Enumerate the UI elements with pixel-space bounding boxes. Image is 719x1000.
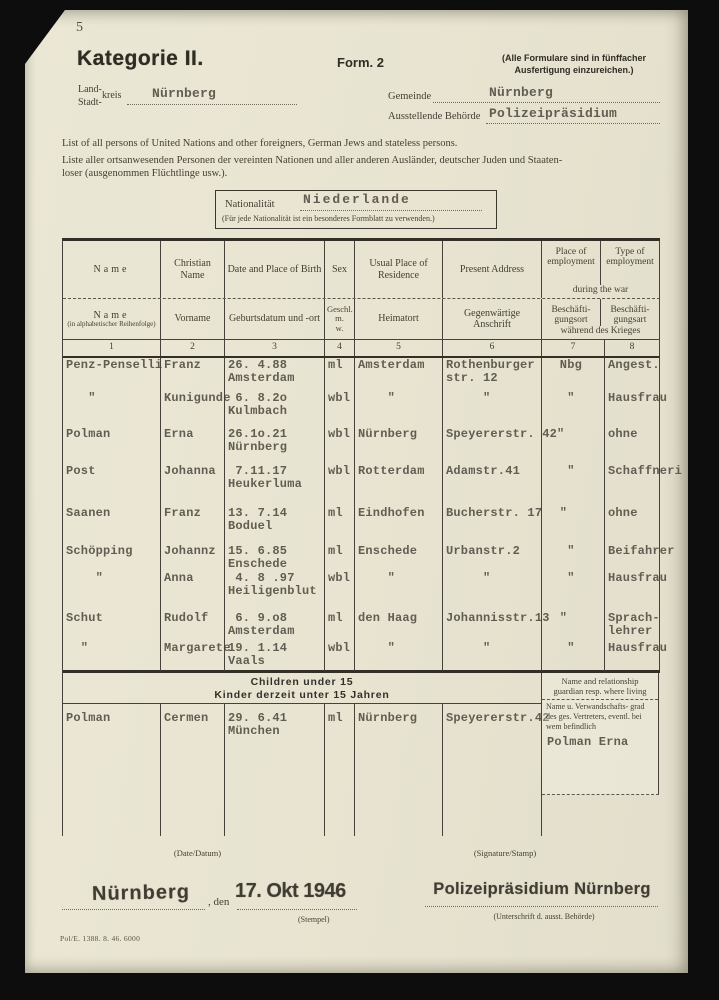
date-stamp: 17. Okt 1946: [235, 880, 346, 903]
col-header-christian-name-en: Christian Name: [160, 241, 224, 298]
cell-anschrift: Johannisstr.13: [442, 611, 541, 641]
cell-vorname: Margarete: [160, 641, 224, 670]
col-header-residence-en: Usual Place of Residence: [354, 241, 442, 298]
employment-war-note-en: during the war: [542, 285, 659, 298]
cell-employment-place: Nbg: [541, 358, 604, 391]
authority-label: Ausstellende Behörde: [388, 111, 480, 122]
cell-vorname: Erna: [160, 427, 224, 464]
cell-sex: ml: [324, 506, 354, 544]
stempel-label: (Stempel): [298, 915, 330, 924]
form-title: Kategorie II.: [77, 47, 204, 71]
cell-anschrift: Rothenburgerstr. 12: [442, 358, 541, 391]
cell-anschrift: ": [442, 391, 541, 427]
cell-name: Polman: [63, 704, 160, 836]
col-header-address-en: Present Address: [442, 241, 541, 298]
cell-employment-type: Angest.: [604, 358, 659, 391]
cell-birth: 26.1o.21Nürnberg: [224, 427, 324, 464]
table-header-english: Name Christian Name Date and Place of Bi…: [63, 241, 660, 299]
col-header-anschrift-de: Gegenwärtige Anschrift: [442, 299, 541, 339]
cell-birth: 15. 6.85Enschede: [224, 544, 324, 571]
cell-employment-type: Hausfrau: [604, 571, 659, 611]
children-section: Children under 15 Kinder derzeit unter 1…: [63, 670, 660, 836]
cell-name: Saanen: [63, 506, 160, 544]
cell-sex: ml: [324, 358, 354, 391]
date-label: (Date/Datum): [150, 848, 245, 858]
col-number: 5: [354, 340, 442, 356]
col-header-birth-de: Geburtsdatum und -ort: [224, 299, 324, 339]
cell-sex: wbl: [324, 427, 354, 464]
cell-name: Schöpping: [63, 544, 160, 571]
authority-stamp-text: Polizeipräsidium Nürnberg: [424, 880, 660, 899]
municipality-label: Gemeinde: [388, 91, 431, 102]
cell-birth: 6. 8.2oKulmbach: [224, 391, 324, 427]
intro-german-line1: Liste aller ortsanwesenden Personen der …: [62, 155, 562, 166]
col-header-employment-en: Place of employment Type of employment d…: [541, 241, 659, 298]
cell-employment-place: ": [541, 391, 604, 427]
cell-anschrift: ": [442, 571, 541, 611]
cell-name: Penz-Penselli: [63, 358, 160, 391]
intro-german-line2: loser (ausgenommen Flüchtlinge usw.).: [62, 168, 227, 179]
children-row: Polman Cermen 29. 6.41München ml Nürnber…: [63, 704, 541, 836]
page-number: 5: [76, 20, 83, 36]
col-header-employment-place-en: Place of employment: [542, 241, 600, 285]
cell-heimatort: Eindhofen: [354, 506, 442, 544]
cell-employment-place: ": [541, 641, 604, 670]
authority-value: Polizeipräsidium: [489, 106, 617, 121]
cell-birth: 29. 6.41München: [224, 704, 324, 836]
col-number: 1: [63, 340, 160, 356]
col-header-sex-de: Geschl. m. w.: [324, 299, 354, 339]
cell-sex: wbl: [324, 571, 354, 611]
cell-birth: 4. 8 .97Heiligenblut: [224, 571, 324, 611]
cell-birth: 19. 1.14Vaals: [224, 641, 324, 670]
col-header-name-en: Name: [63, 241, 160, 298]
cell-name: Post: [63, 464, 160, 506]
nationality-note: (Für jede Nationalität ist ein besondere…: [222, 214, 435, 223]
col-header-heimatort-de: Heimatort: [354, 299, 442, 339]
col-header-birth-en: Date and Place of Birth: [224, 241, 324, 298]
cell-anschrift: Speyererstr.42: [442, 704, 541, 836]
city-stamp: Nürnberg: [92, 881, 190, 906]
cell-employment-type: Sprach-lehrer: [604, 611, 659, 641]
children-left: Children under 15 Kinder derzeit unter 1…: [63, 673, 541, 836]
table-body: Penz-Penselli Franz 26. 4.88Amsterdam ml…: [63, 358, 660, 670]
cell-name: Polman: [63, 427, 160, 464]
cell-sex: ml: [324, 544, 354, 571]
unterschrift-label: (Unterschrift d. ausst. Behörde): [430, 912, 658, 921]
district-label-land: Land-: [78, 84, 102, 95]
table-row: Post Johanna 7.11.17Heukerluma wbl Rotte…: [63, 464, 659, 506]
guardian-column: Name and relationship guardian resp. whe…: [541, 673, 659, 836]
cell-anschrift: Bucherstr. 17: [442, 506, 541, 544]
signature-label: (Signature/Stamp): [455, 848, 555, 858]
col-header-employment-type-de: Beschäfti-gungsart: [600, 299, 659, 326]
cell-sex: wbl: [324, 464, 354, 506]
col-number: 2: [160, 340, 224, 356]
copies-note-line1: (Alle Formulare sind in fünffacher: [468, 52, 680, 64]
municipality-value: Nürnberg: [489, 85, 553, 100]
cell-heimatort: Nürnberg: [354, 704, 442, 836]
cell-heimatort: den Haag: [354, 611, 442, 641]
table-header-german: Name (in alphabetischer Reihenfolge) Vor…: [63, 299, 660, 340]
cell-employment-place: ": [541, 464, 604, 506]
col-header-name-de-sub: (in alphabetischer Reihenfolge): [65, 321, 158, 329]
intro-english: List of all persons of United Nations an…: [62, 138, 457, 149]
den-label: , den: [208, 896, 229, 908]
table-row: Schut Rudolf 6. 9.o8Amsterdam ml den Haa…: [63, 611, 659, 641]
cell-vorname: Cermen: [160, 704, 224, 836]
col-header-employment-de: Beschäfti-gungsort Beschäfti-gungsart wä…: [541, 299, 659, 339]
cell-birth: 26. 4.88Amsterdam: [224, 358, 324, 391]
copies-note: (Alle Formulare sind in fünffacher Ausfe…: [468, 52, 680, 76]
cell-sex: ml: [324, 704, 354, 836]
nationality-underline: [300, 210, 482, 211]
cell-vorname: Franz: [160, 358, 224, 391]
nationality-value: Niederlande: [303, 192, 411, 207]
municipality-line: [433, 102, 660, 103]
cell-vorname: Johannz: [160, 544, 224, 571]
col-header-sex-en: Sex: [324, 241, 354, 298]
children-title-de: Kinder derzeit unter 15 Jahren: [63, 689, 541, 702]
children-title-en: Children under 15: [63, 676, 541, 689]
cell-heimatort: ": [354, 391, 442, 427]
cell-vorname: Anna: [160, 571, 224, 611]
col-header-vorname-de: Vorname: [160, 299, 224, 339]
cell-employment-place: ": [541, 611, 604, 641]
cell-name: ": [63, 391, 160, 427]
cell-anschrift: ": [442, 641, 541, 670]
table-header-numbers: 1 2 3 4 5 6 7 8: [63, 340, 660, 358]
district-value: Nürnberg: [152, 86, 216, 101]
cell-name: ": [63, 641, 160, 670]
cell-employment-place: ": [541, 571, 604, 611]
cell-heimatort: Amsterdam: [354, 358, 442, 391]
cell-employment-type: Hausfrau: [604, 641, 659, 670]
district-line: [127, 104, 297, 105]
cell-employment-type: Schaffneri: [604, 464, 659, 506]
cell-employment-type: ohne: [604, 506, 659, 544]
table-row: Polman Erna 26.1o.21Nürnberg wbl Nürnber…: [63, 427, 659, 464]
nationality-label: Nationalität: [225, 199, 275, 210]
cell-sex: wbl: [324, 641, 354, 670]
district-label-kreis: kreis: [102, 90, 121, 101]
scanned-form-page: 5 Kategorie II. Form. 2 (Alle Formulare …: [0, 0, 719, 1000]
table-row: Saanen Franz 13. 7.14Boduel ml Eindhofen…: [63, 506, 659, 544]
col-number: 7: [541, 340, 604, 356]
cell-name: Schut: [63, 611, 160, 641]
col-number: 3: [224, 340, 324, 356]
date-line: [237, 909, 357, 910]
persons-table: Name Christian Name Date and Place of Bi…: [62, 238, 660, 836]
cell-birth: 7.11.17Heukerluma: [224, 464, 324, 506]
cell-anschrift: Urbanstr.2: [442, 544, 541, 571]
guardian-cell: Name and relationship guardian resp. whe…: [542, 673, 659, 795]
cell-heimatort: ": [354, 641, 442, 670]
cell-employment-type: Hausfrau: [604, 391, 659, 427]
cell-heimatort: Enschede: [354, 544, 442, 571]
cell-vorname: Johanna: [160, 464, 224, 506]
col-number: 6: [442, 340, 541, 356]
city-line: [62, 909, 205, 910]
col-header-employment-place-de: Beschäfti-gungsort: [542, 299, 600, 326]
cell-heimatort: ": [354, 571, 442, 611]
table-row: " Kunigunde 6. 8.2oKulmbach wbl " " " Ha…: [63, 391, 659, 427]
cell-name: ": [63, 571, 160, 611]
cell-vorname: Kunigunde: [160, 391, 224, 427]
sex-w-label: w.: [327, 324, 352, 334]
cell-anschrift: Speyererstr. 42": [442, 427, 541, 464]
cell-anschrift: Adamstr.41: [442, 464, 541, 506]
col-number: 8: [604, 340, 659, 356]
table-row: " Margarete 19. 1.14Vaals wbl " " " Haus…: [63, 641, 659, 670]
cell-vorname: Franz: [160, 506, 224, 544]
table-row: Penz-Penselli Franz 26. 4.88Amsterdam ml…: [63, 358, 659, 391]
cell-employment-place: [541, 427, 604, 464]
col-header-employment-type-en: Type of employment: [600, 241, 659, 285]
signature-line: [425, 906, 658, 907]
table-row: Schöpping Johannz 15. 6.85Enschede ml En…: [63, 544, 659, 571]
copies-note-line2: Ausfertigung einzureichen.): [468, 64, 680, 76]
employment-war-note-de: während des Krieges: [542, 326, 659, 339]
cell-sex: ml: [324, 611, 354, 641]
district-label-stadt: Stadt-: [78, 97, 102, 108]
cell-heimatort: Nürnberg: [354, 427, 442, 464]
cell-employment-place: ": [541, 544, 604, 571]
form-number: Form. 2: [337, 55, 384, 70]
guardian-label-de: Name u. Verwandschafts- grad des ges. Ve…: [542, 700, 658, 732]
col-number: 4: [324, 340, 354, 356]
cell-employment-type: Beifahrer: [604, 544, 659, 571]
cell-employment-type: ohne: [604, 427, 659, 464]
print-reference: Pol/E. 1388. 8. 46. 6000: [60, 934, 140, 943]
table-row: " Anna 4. 8 .97Heiligenblut wbl " " " Ha…: [63, 571, 659, 611]
cell-heimatort: Rotterdam: [354, 464, 442, 506]
guardian-value: Polman Erna: [542, 732, 658, 749]
col-header-name-de: Name (in alphabetischer Reihenfolge): [63, 299, 160, 339]
cell-sex: wbl: [324, 391, 354, 427]
cell-employment-place: ": [541, 506, 604, 544]
cell-vorname: Rudolf: [160, 611, 224, 641]
children-title: Children under 15 Kinder derzeit unter 1…: [63, 673, 541, 704]
cell-birth: 6. 9.o8Amsterdam: [224, 611, 324, 641]
guardian-label-en: Name and relationship guardian resp. whe…: [542, 673, 658, 700]
cell-birth: 13. 7.14Boduel: [224, 506, 324, 544]
authority-line: [486, 123, 660, 124]
